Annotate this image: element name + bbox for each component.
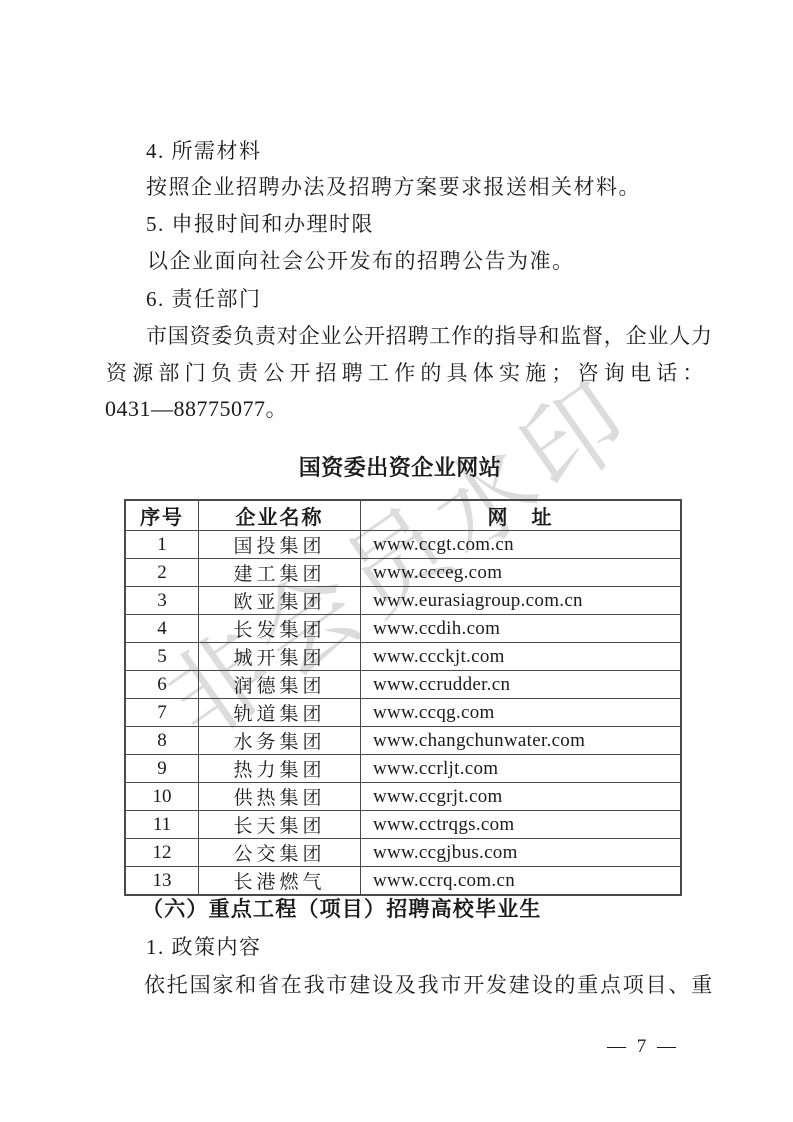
- row-number: 2: [125, 559, 199, 587]
- company-website-table: 序号 企业名称 网 址 1国投集团www.ccgt.com.cn2建工集团www…: [124, 499, 682, 896]
- company-url: www.eurasiagroup.com.cn: [361, 587, 682, 615]
- table-row: 1国投集团www.ccgt.com.cn: [125, 531, 681, 559]
- document-page: 非会员水印 4. 所需材料 按照企业招聘办法及招聘方案要求报送相关材料。 5. …: [0, 0, 793, 1122]
- company-url: www.cctrqgs.com: [361, 811, 682, 839]
- header-序号: 序号: [125, 500, 199, 531]
- company-name: 热力集团: [199, 755, 361, 783]
- company-name: 城开集团: [199, 643, 361, 671]
- company-url: www.ccrudder.cn: [361, 671, 682, 699]
- item-6-heading: 6. 责任部门: [146, 287, 262, 311]
- item-4-heading: 4. 所需材料: [146, 139, 262, 163]
- row-number: 7: [125, 699, 199, 727]
- section-6-heading: （六）重点工程（项目）招聘高校毕业生: [142, 897, 542, 921]
- company-name: 长发集团: [199, 615, 361, 643]
- company-url: www.ccdih.com: [361, 615, 682, 643]
- table-row: 9热力集团www.ccrljt.com: [125, 755, 681, 783]
- policy-heading: 1. 政策内容: [146, 935, 262, 959]
- item-5-heading: 5. 申报时间和办理时限: [146, 212, 374, 236]
- table-row: 13长港燃气www.ccrq.com.cn: [125, 867, 681, 896]
- company-name: 水务集团: [199, 727, 361, 755]
- company-name: 供热集团: [199, 783, 361, 811]
- header-企业名称: 企业名称: [199, 500, 361, 531]
- company-table-body: 1国投集团www.ccgt.com.cn2建工集团www.ccceg.com3欧…: [125, 531, 681, 896]
- table-row: 12公交集团www.ccgjbus.com: [125, 839, 681, 867]
- table-row: 2建工集团www.ccceg.com: [125, 559, 681, 587]
- table-row: 11长天集团www.cctrqgs.com: [125, 811, 681, 839]
- table-header: 序号 企业名称 网 址: [125, 500, 681, 531]
- company-url: www.ccceg.com: [361, 559, 682, 587]
- company-name: 润德集团: [199, 671, 361, 699]
- table-row: 4长发集团www.ccdih.com: [125, 615, 681, 643]
- row-number: 9: [125, 755, 199, 783]
- row-number: 13: [125, 867, 199, 896]
- table-row: 5城开集团www.ccckjt.com: [125, 643, 681, 671]
- company-url: www.ccgjbus.com: [361, 839, 682, 867]
- item-6-paragraph-line-2: 资源部门负责公开招聘工作的具体实施；咨询电话：: [106, 361, 709, 385]
- company-url: www.ccgrjt.com: [361, 783, 682, 811]
- company-name: 欧亚集团: [199, 587, 361, 615]
- item-6-phone-number: 0431—88775077。: [105, 396, 288, 421]
- table-title: 国资委出资企业网站: [124, 451, 676, 482]
- company-url: www.ccckjt.com: [361, 643, 682, 671]
- item-5-paragraph: 以企业面向社会公开发布的招聘公告为准。: [147, 249, 575, 273]
- item-6-paragraph-line-1: 市国资委负责对企业公开招聘工作的指导和监督，企业人力: [146, 324, 713, 348]
- row-number: 12: [125, 839, 199, 867]
- company-name: 公交集团: [199, 839, 361, 867]
- company-url: www.ccrq.com.cn: [361, 867, 682, 896]
- item-4-paragraph: 按照企业招聘办法及招聘方案要求报送相关材料。: [146, 175, 641, 199]
- row-number: 6: [125, 671, 199, 699]
- company-name: 长天集团: [199, 811, 361, 839]
- page-number: — 7 —: [607, 1036, 679, 1058]
- table-row: 8水务集团www.changchunwater.com: [125, 727, 681, 755]
- company-name: 国投集团: [199, 531, 361, 559]
- row-number: 10: [125, 783, 199, 811]
- row-number: 1: [125, 531, 199, 559]
- company-name: 长港燃气: [199, 867, 361, 896]
- row-number: 4: [125, 615, 199, 643]
- policy-paragraph: 依托国家和省在我市建设及我市开发建设的重点项目、重: [144, 973, 714, 997]
- table-header-row: 序号 企业名称 网 址: [125, 500, 681, 531]
- table-row: 3欧亚集团www.eurasiagroup.com.cn: [125, 587, 681, 615]
- table-row: 7轨道集团www.ccqg.com: [125, 699, 681, 727]
- company-name: 建工集团: [199, 559, 361, 587]
- company-url: www.changchunwater.com: [361, 727, 682, 755]
- company-url: www.ccgt.com.cn: [361, 531, 682, 559]
- row-number: 3: [125, 587, 199, 615]
- document-content: 4. 所需材料 按照企业招聘办法及招聘方案要求报送相关材料。 5. 申报时间和办…: [0, 0, 793, 1122]
- table-row: 6润德集团www.ccrudder.cn: [125, 671, 681, 699]
- company-name: 轨道集团: [199, 699, 361, 727]
- row-number: 8: [125, 727, 199, 755]
- company-url: www.ccqg.com: [361, 699, 682, 727]
- header-网址: 网 址: [361, 500, 682, 531]
- table-row: 10供热集团www.ccgrjt.com: [125, 783, 681, 811]
- company-url: www.ccrljt.com: [361, 755, 682, 783]
- row-number: 11: [125, 811, 199, 839]
- row-number: 5: [125, 643, 199, 671]
